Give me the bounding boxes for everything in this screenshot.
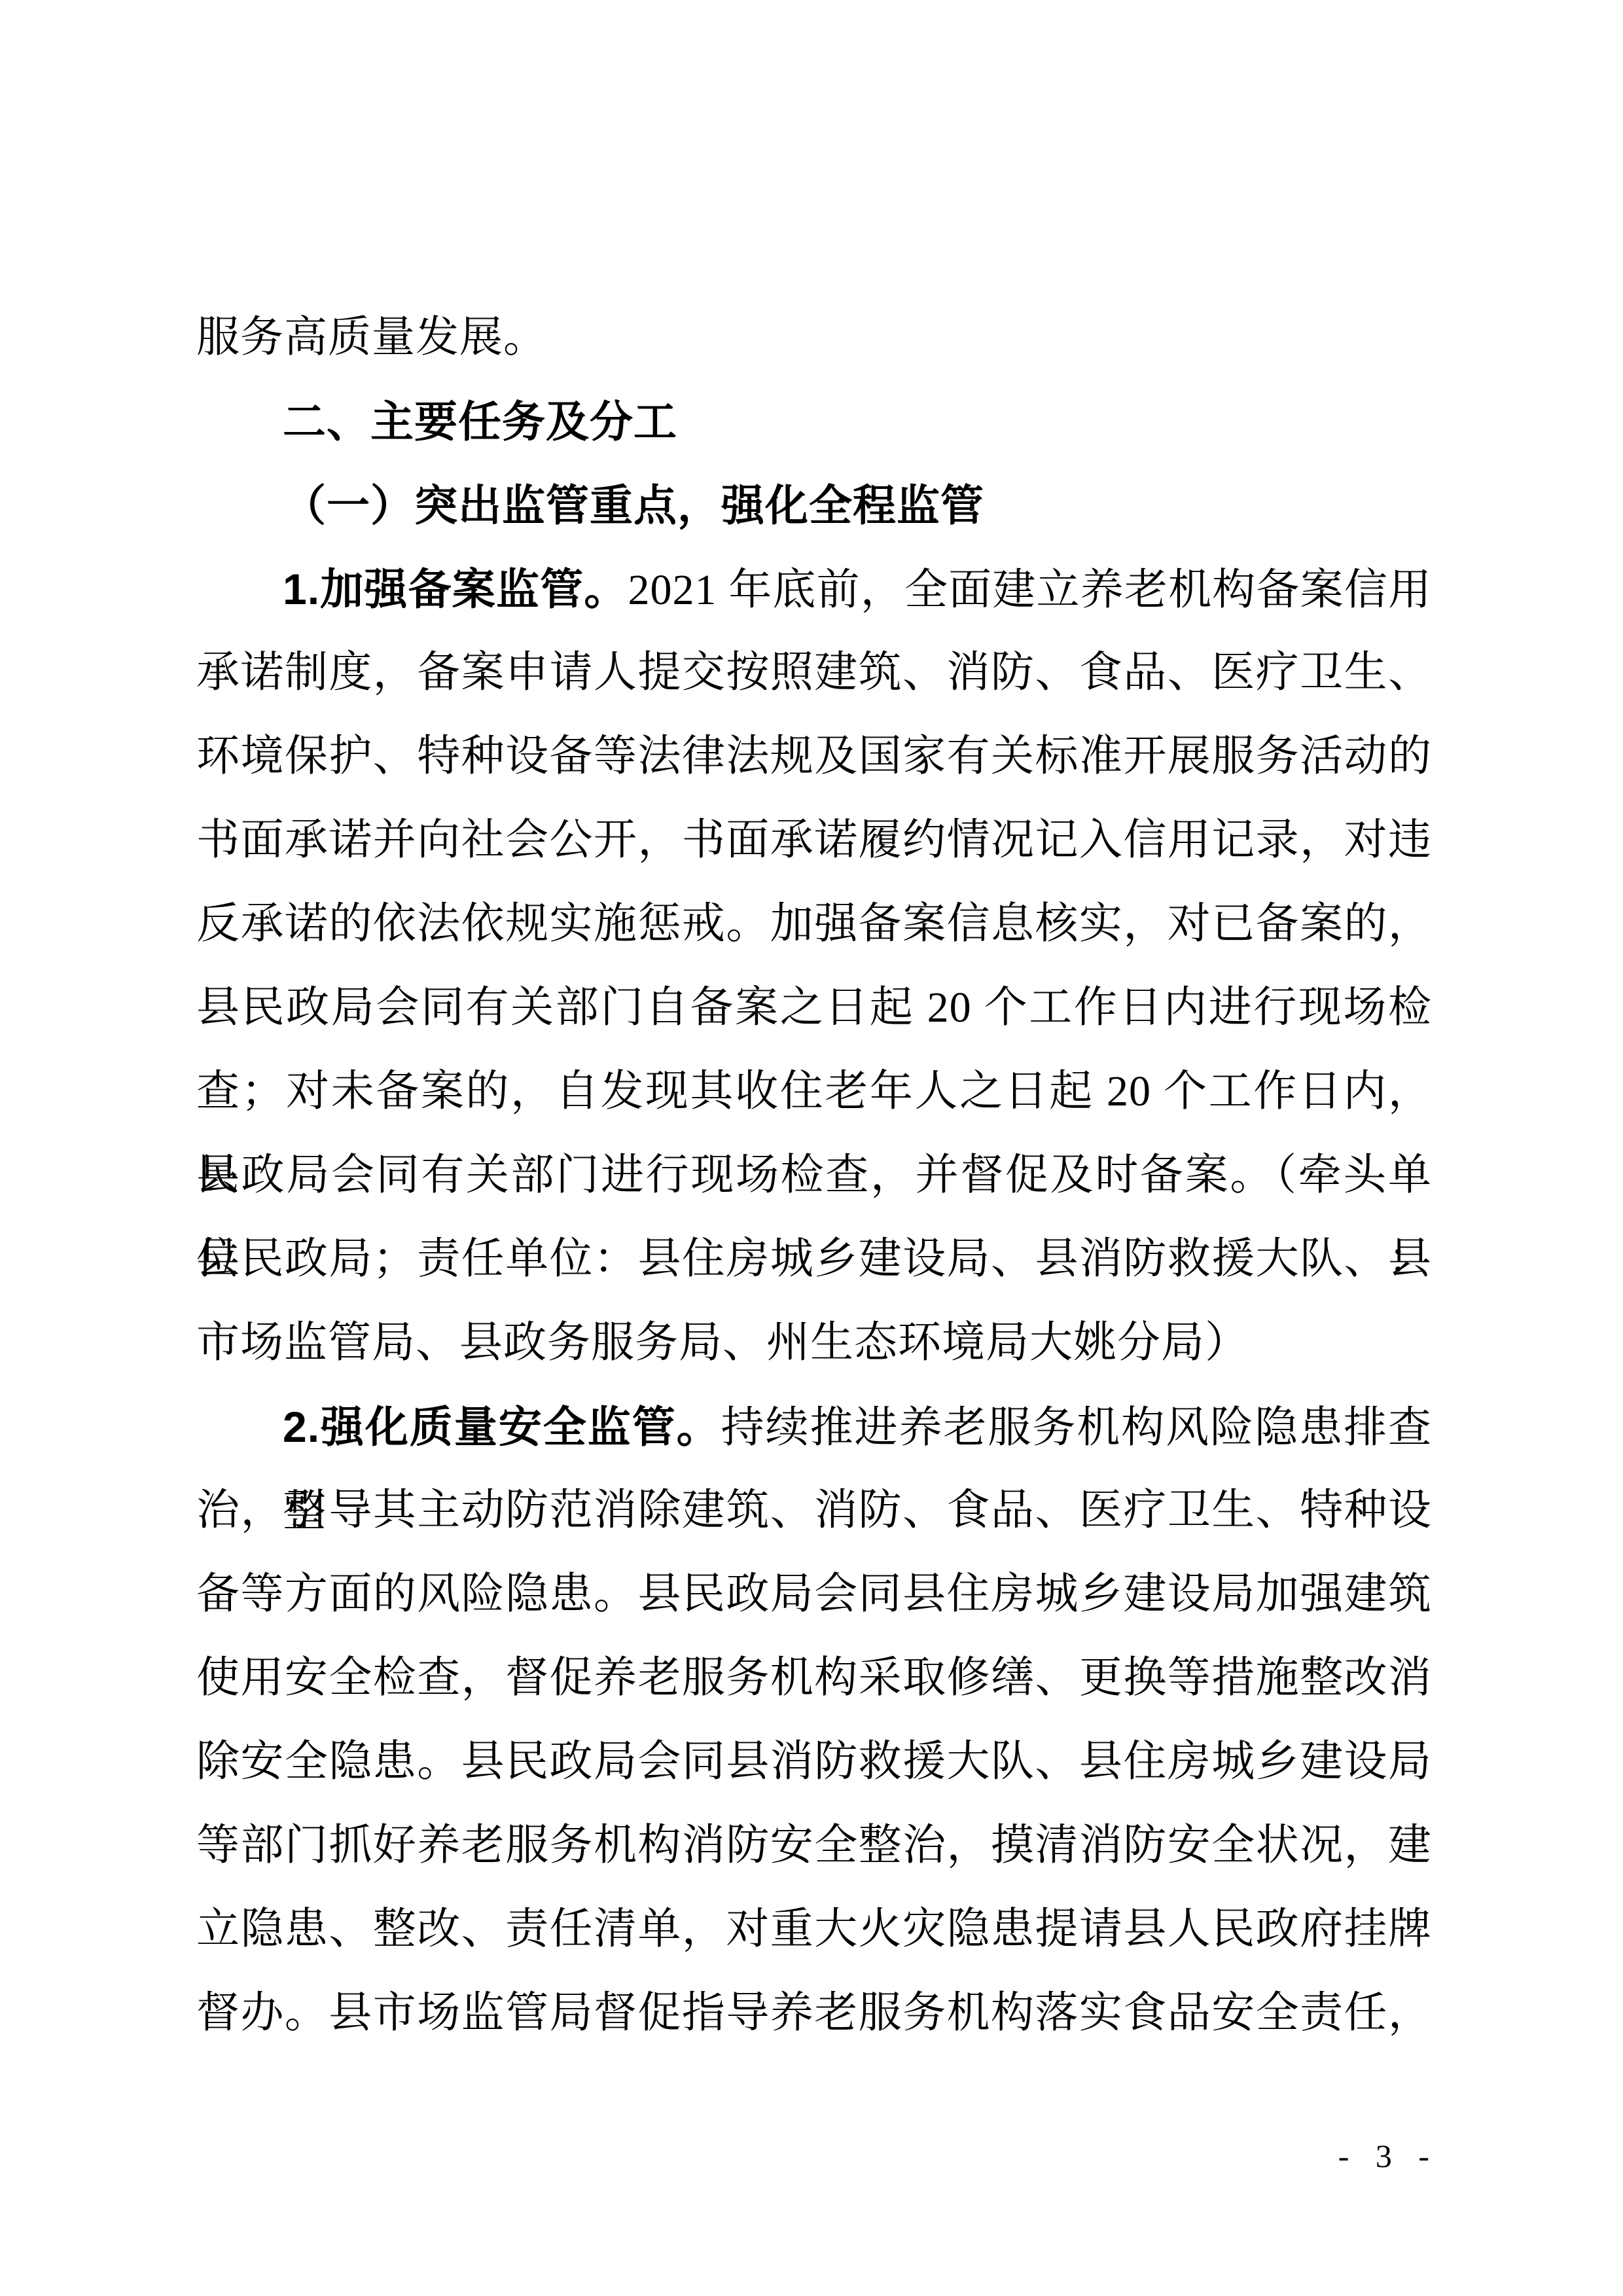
text-line: 查；对未备案的，自发现其收住老年人之日起 20 个工作日内，县 [196,1050,1432,1134]
text-segment: 环境保护、特种设备等法律法规及国家有关标准开展服务活动的 [196,732,1432,780]
text-segment: 承诺制度，备案申请人提交按照建筑、消防、食品、医疗卫生、 [196,649,1432,696]
text-line: 治，引导其主动防范消除建筑、消防、食品、医疗卫生、特种设 [196,1469,1432,1552]
text-segment: 服务高质量发展。 [196,314,547,361]
text-line: 立隐患、整改、责任清单，对重大火灾隐患提请县人民政府挂牌 [196,1888,1432,1971]
text-segment: 反承诺的依法依规实施惩戒。加强备案信息核实，对已备案的， [196,900,1432,948]
text-segment: 县民政局；责任单位：县住房城乡建设局、县消防救援大队、县 [196,1235,1432,1283]
text-line: 环境保护、特种设备等法律法规及国家有关标准开展服务活动的 [196,715,1432,798]
text-line: 民政局会同有关部门进行现场检查，并督促及时备案。（牵头单位： [196,1134,1432,1217]
bold-text-segment: 2.强化质量安全监管。 [283,1403,721,1451]
text-segment: 2021 年底前，全面建立养老机构备案信用 [628,566,1432,614]
text-segment: 市场监管局、县政务服务局、州生态环境局大姚分局） [196,1319,1249,1367]
bold-text-segment: 二、主要任务及分工 [283,397,677,446]
text-line: 使用安全检查，督促养老服务机构采取修缮、更换等措施整改消 [196,1636,1432,1720]
text-segment: 备等方面的风险隐患。县民政局会同县住房城乡建设局加强建筑 [196,1570,1432,1618]
text-segment: 等部门抓好养老服务机构消防安全整治，摸清消防安全状况，建 [196,1821,1432,1869]
text-line: 等部门抓好养老服务机构消防安全整治，摸清消防安全状况，建 [196,1804,1432,1888]
text-segment: 除安全隐患。县民政局会同县消防救援大队、县住房城乡建设局 [196,1738,1432,1785]
text-segment: 县民政局会同有关部门自备案之日起 20 个工作日内进行现场检 [196,984,1432,1031]
text-segment: 使用安全检查，督促养老服务机构采取修缮、更换等措施整改消 [196,1654,1432,1702]
text-line: 2.强化质量安全监管。持续推进养老服务机构风险隐患排查整 [196,1385,1432,1469]
text-line: 市场监管局、县政务服务局、州生态环境局大姚分局） [196,1301,1432,1385]
heading-line: （一）突出监管重点，强化全程监管 [196,463,1432,547]
page-number: - 3 - [1338,2137,1438,2175]
bold-text-segment: （一）突出监管重点，强化全程监管 [283,481,984,529]
heading-line: 二、主要任务及分工 [196,380,1432,463]
text-line: 服务高质量发展。 [196,296,1432,380]
text-line: 县民政局；责任单位：县住房城乡建设局、县消防救援大队、县 [196,1217,1432,1301]
text-line: 1.加强备案监管。2021 年底前，全面建立养老机构备案信用 [196,547,1432,631]
text-line: 备等方面的风险隐患。县民政局会同县住房城乡建设局加强建筑 [196,1552,1432,1636]
text-line: 书面承诺并向社会公开，书面承诺履约情况记入信用记录，对违 [196,798,1432,882]
text-segment: 立隐患、整改、责任清单，对重大火灾隐患提请县人民政府挂牌 [196,1905,1432,1953]
text-line: 督办。县市场监管局督促指导养老服务机构落实食品安全责任， [196,1971,1432,2055]
text-segment: 督办。县市场监管局督促指导养老服务机构落实食品安全责任， [196,1989,1432,2037]
document-body: 服务高质量发展。二、主要任务及分工（一）突出监管重点，强化全程监管1.加强备案监… [196,296,1432,2055]
text-line: 承诺制度，备案申请人提交按照建筑、消防、食品、医疗卫生、 [196,631,1432,715]
text-segment: 治，引导其主动防范消除建筑、消防、食品、医疗卫生、特种设 [196,1486,1432,1534]
bold-text-segment: 1.加强备案监管。 [283,565,628,613]
text-line: 反承诺的依法依规实施惩戒。加强备案信息核实，对已备案的， [196,882,1432,966]
text-line: 县民政局会同有关部门自备案之日起 20 个工作日内进行现场检 [196,966,1432,1050]
document-page: 服务高质量发展。二、主要任务及分工（一）突出监管重点，强化全程监管1.加强备案监… [0,0,1623,2296]
text-line: 除安全隐患。县民政局会同县消防救援大队、县住房城乡建设局 [196,1720,1432,1804]
text-segment: 书面承诺并向社会公开，书面承诺履约情况记入信用记录，对违 [196,816,1432,864]
